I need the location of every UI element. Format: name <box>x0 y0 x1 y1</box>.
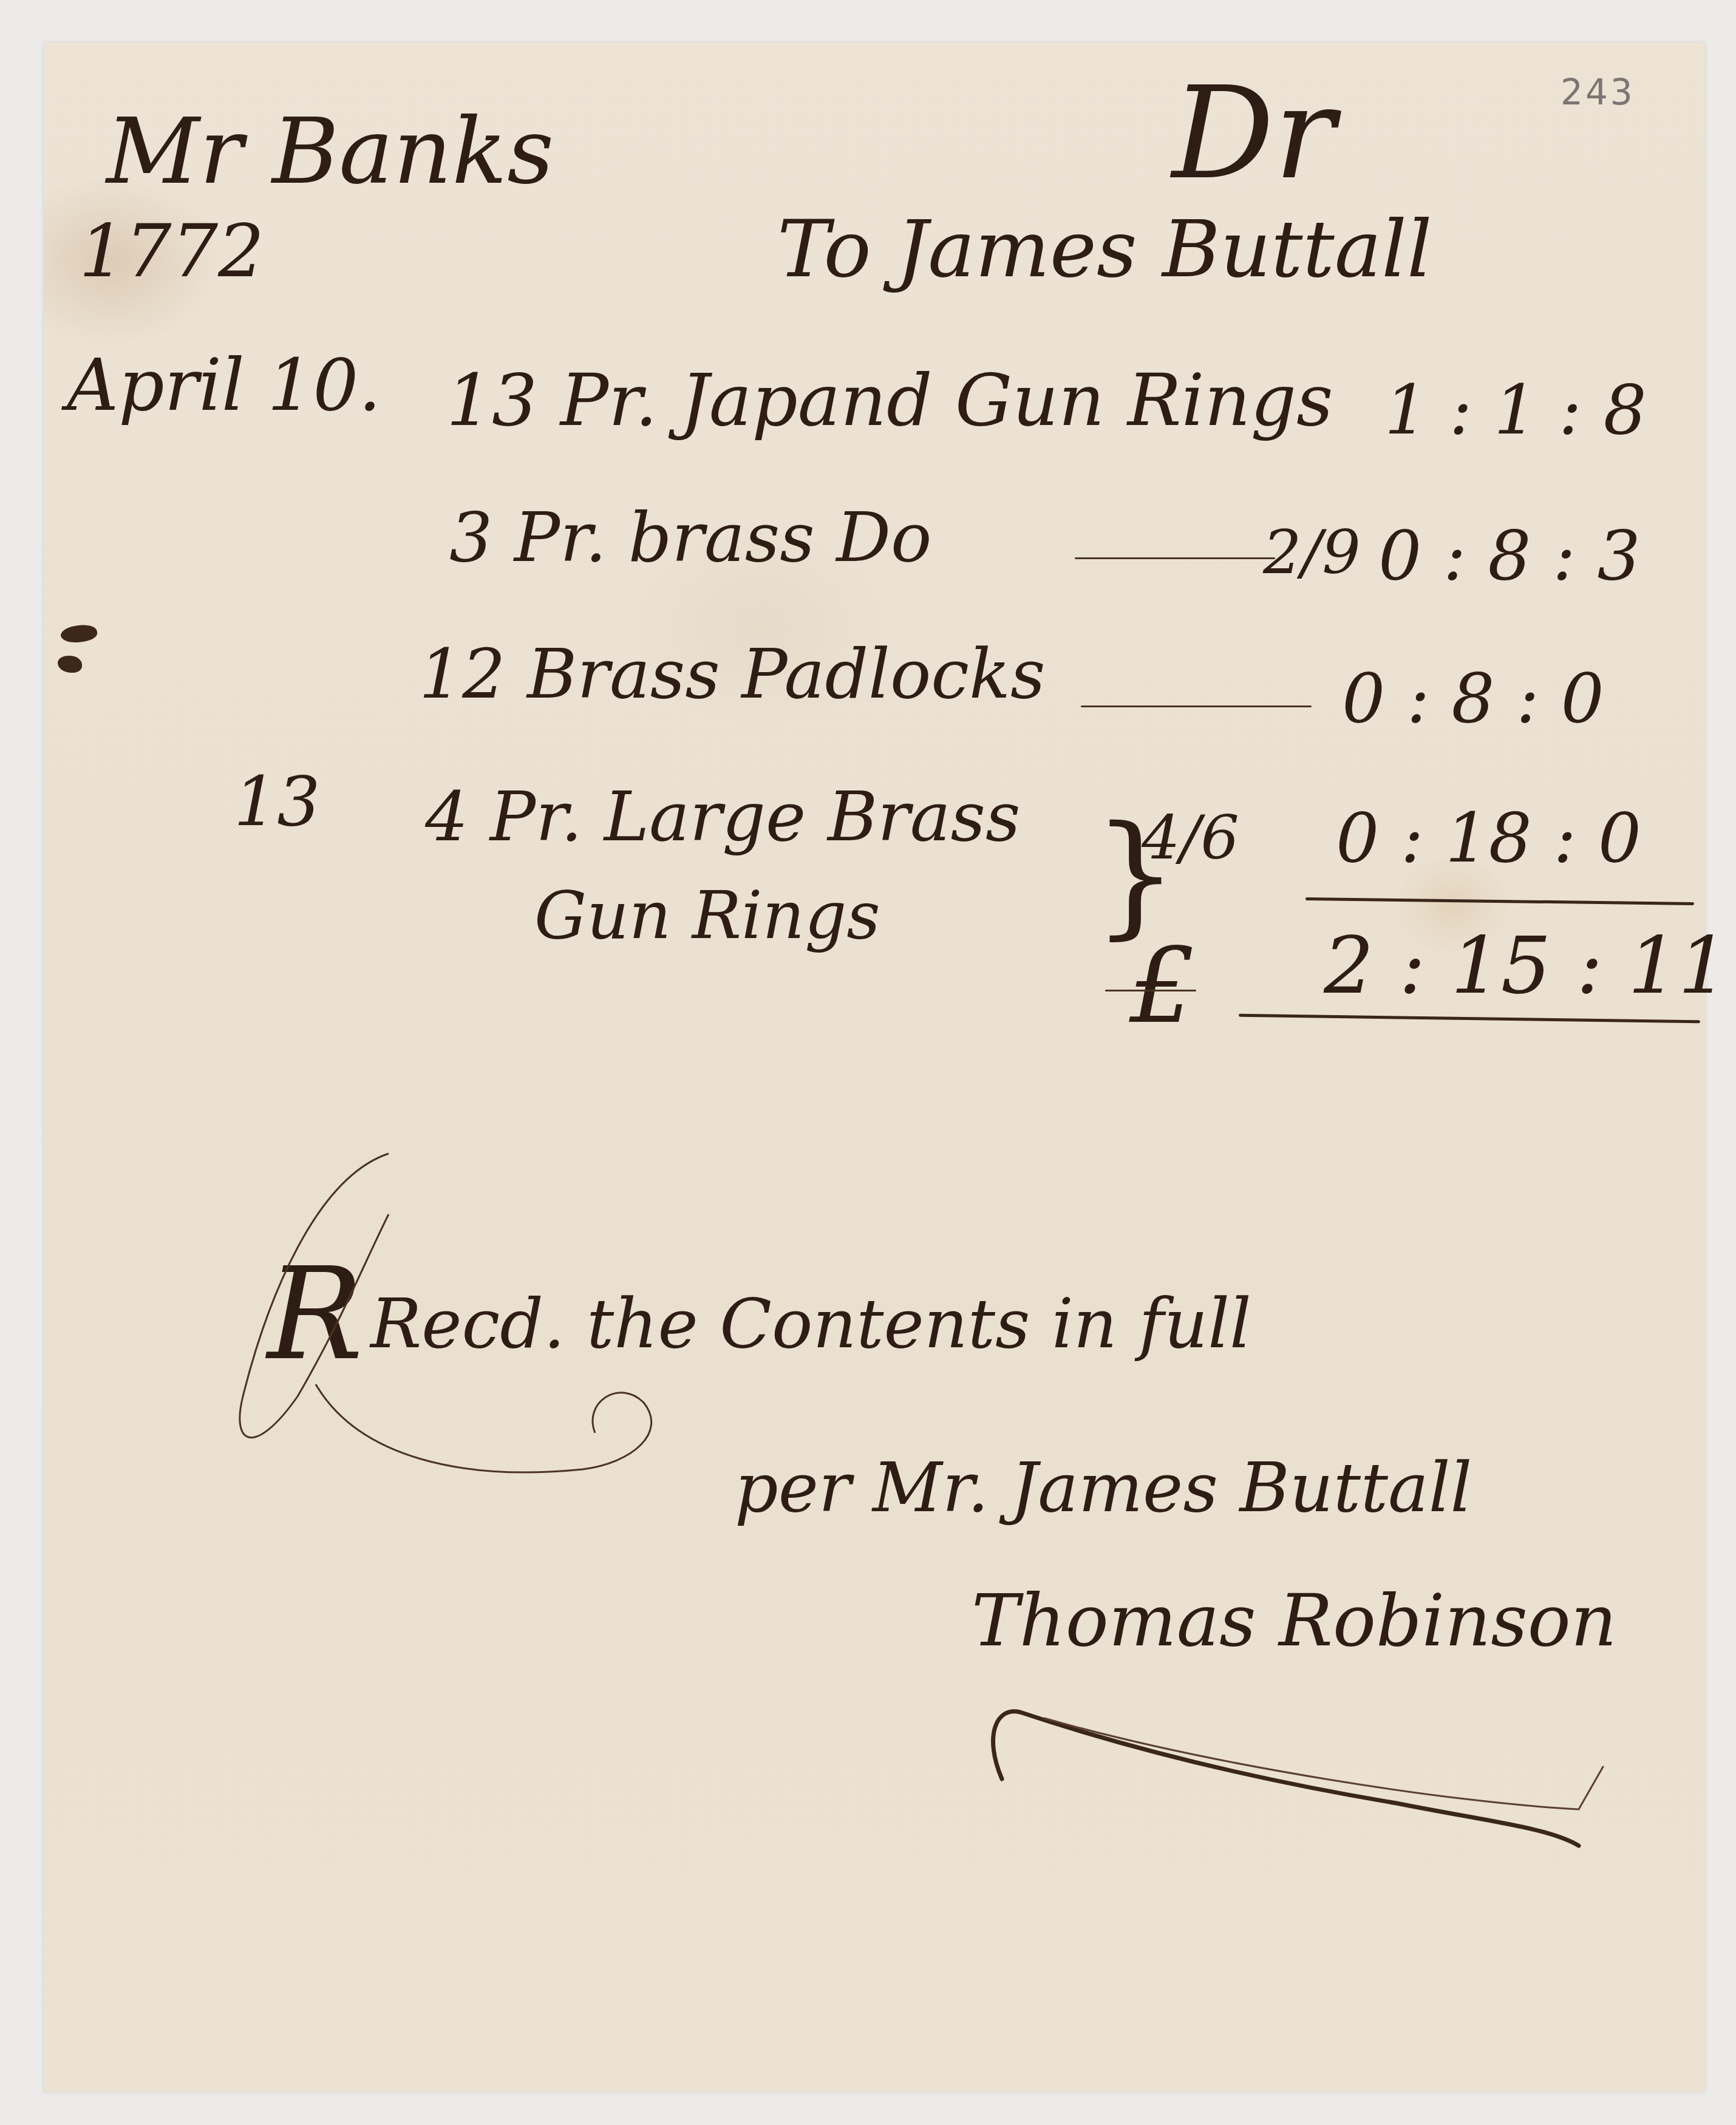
total-amount: 2 : 15 : 11 <box>1324 926 1728 1005</box>
item-date: April 10. <box>67 349 381 421</box>
item-description: 13 Pr. Japand Gun Rings <box>446 364 1333 436</box>
addressee: Mr Banks <box>106 106 554 197</box>
archive-number: 243 <box>1561 72 1635 113</box>
creditor-line: To James Buttall <box>777 209 1432 288</box>
item-description: 3 Pr. brass Do <box>449 504 931 572</box>
signature-flourish <box>972 1664 1627 1858</box>
item-rate: 2/9 <box>1263 522 1361 583</box>
item-amount: 0 : 8 : 3 <box>1378 522 1641 590</box>
item-description-continued: Gun Rings <box>534 883 880 949</box>
signature: Thomas Robinson <box>972 1585 1617 1656</box>
item-date: 13 <box>234 768 321 836</box>
currency-symbol: £ <box>1129 935 1195 1038</box>
leader-line <box>1075 557 1275 559</box>
brace: } <box>1093 807 1178 941</box>
debtor-mark: Dr <box>1172 70 1335 197</box>
r-flourish <box>206 1141 753 1566</box>
year: 1772 <box>79 216 264 288</box>
item-description: 4 Pr. Large Brass <box>425 783 1021 851</box>
receipt-line-2: per Mr. James Buttall <box>735 1454 1472 1522</box>
item-description: 12 Brass Padlocks <box>419 641 1045 709</box>
leader-line <box>1081 705 1312 707</box>
item-amount: 1 : 1 : 8 <box>1384 376 1647 444</box>
item-amount: 0 : 8 : 0 <box>1342 665 1604 733</box>
pound-stroke <box>1105 990 1196 991</box>
item-amount: 0 : 18 : 0 <box>1336 804 1641 872</box>
